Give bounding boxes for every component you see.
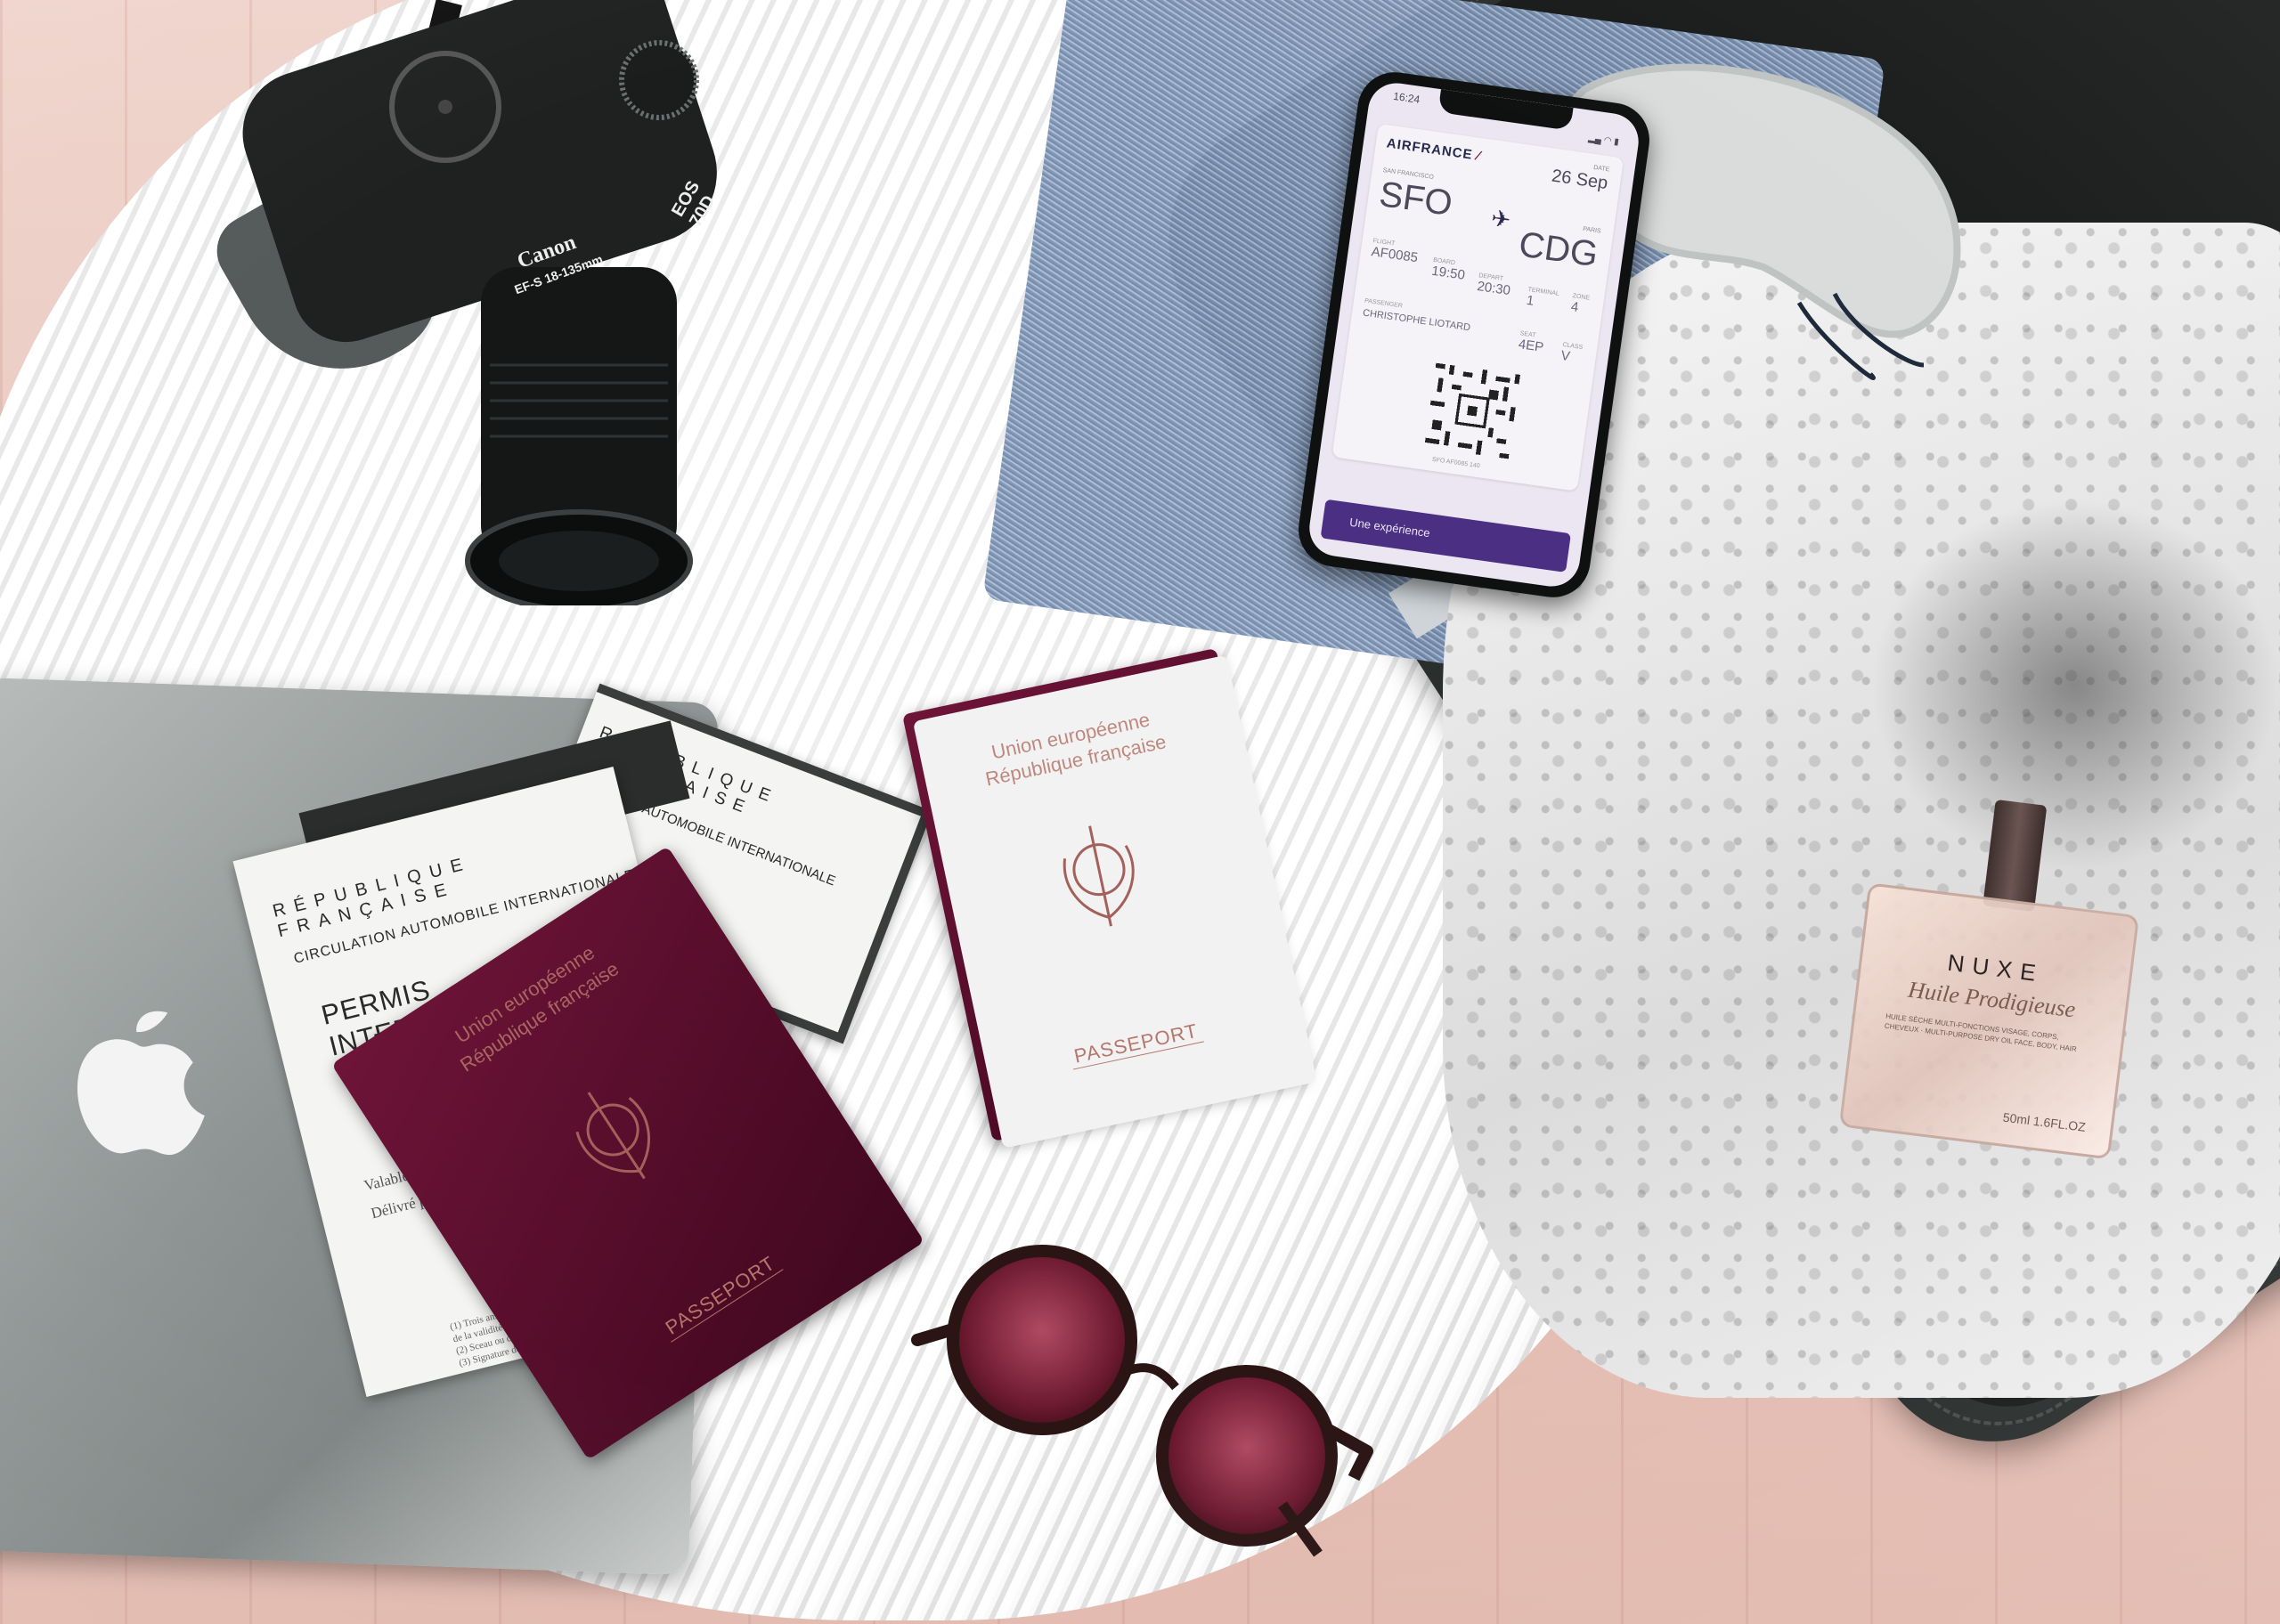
camera-dial-icon [615,36,704,125]
dslr-camera: Canon EF-S 18-135mm EOS 70D [205,0,739,383]
boarding-field: BOARD19:50 [1430,257,1467,283]
bottle-cap [1983,800,2047,912]
passport-label: PASSEPORT [658,1249,784,1342]
mode-dial-icon [383,45,508,169]
passport-label: PASSEPORT [1068,1019,1203,1070]
bottle-volume: 50ml 1.6FL.OZ [2002,1110,2087,1134]
nuxe-oil-bottle: NUXE Huile Prodigieuse HUILE SÈCHE MULTI… [1836,785,2164,1191]
apple-logo-icon [61,992,214,1166]
boarding-pass-card[interactable]: AIRFRANCE ⁄ DATE 26 Sep SAN FRANCISCO SF… [1331,124,1624,491]
bottle-body: NUXE Huile Prodigieuse HUILE SÈCHE MULTI… [1839,882,2139,1159]
phone-notch [1437,89,1573,131]
class-field: CLASSV [1560,342,1584,366]
flight-field: FLIGHTAF0085 [1371,238,1420,265]
airline-logo: AIRFRANCE ⁄ [1386,135,1481,164]
status-time: 16:24 [1392,90,1421,106]
passenger-field: PASSENGERCHRISTOPHE LIOTARD [1362,298,1524,342]
camera-lens [445,231,712,605]
sunglasses [908,1238,1389,1558]
departure-field: DEPART20:30 [1476,272,1512,298]
travel-flatlay-scene: 16:24 ▂▄ ◠ ▮ AIRFRANCE ⁄ DATE 26 Sep SAN… [0,0,2280,1624]
seat-field: SEAT4EP [1518,330,1545,355]
signal-wifi-battery-icon: ▂▄ ◠ ▮ [1588,134,1620,148]
airplane-icon: ✈ [1489,205,1512,235]
experience-button[interactable]: Une expérience [1321,499,1571,572]
coat-of-arms-icon [542,1058,688,1208]
zone-field: ZONE4 [1570,293,1591,316]
origin-code: SFO [1377,175,1455,224]
boarding-pass-screen: 16:24 ▂▄ ◠ ▮ AIRFRANCE ⁄ DATE 26 Sep SAN… [1306,79,1642,589]
terminal-field: TERMINAL1 [1526,287,1559,313]
coat-of-arms-icon [1040,807,1160,940]
qr-code [1419,358,1526,465]
